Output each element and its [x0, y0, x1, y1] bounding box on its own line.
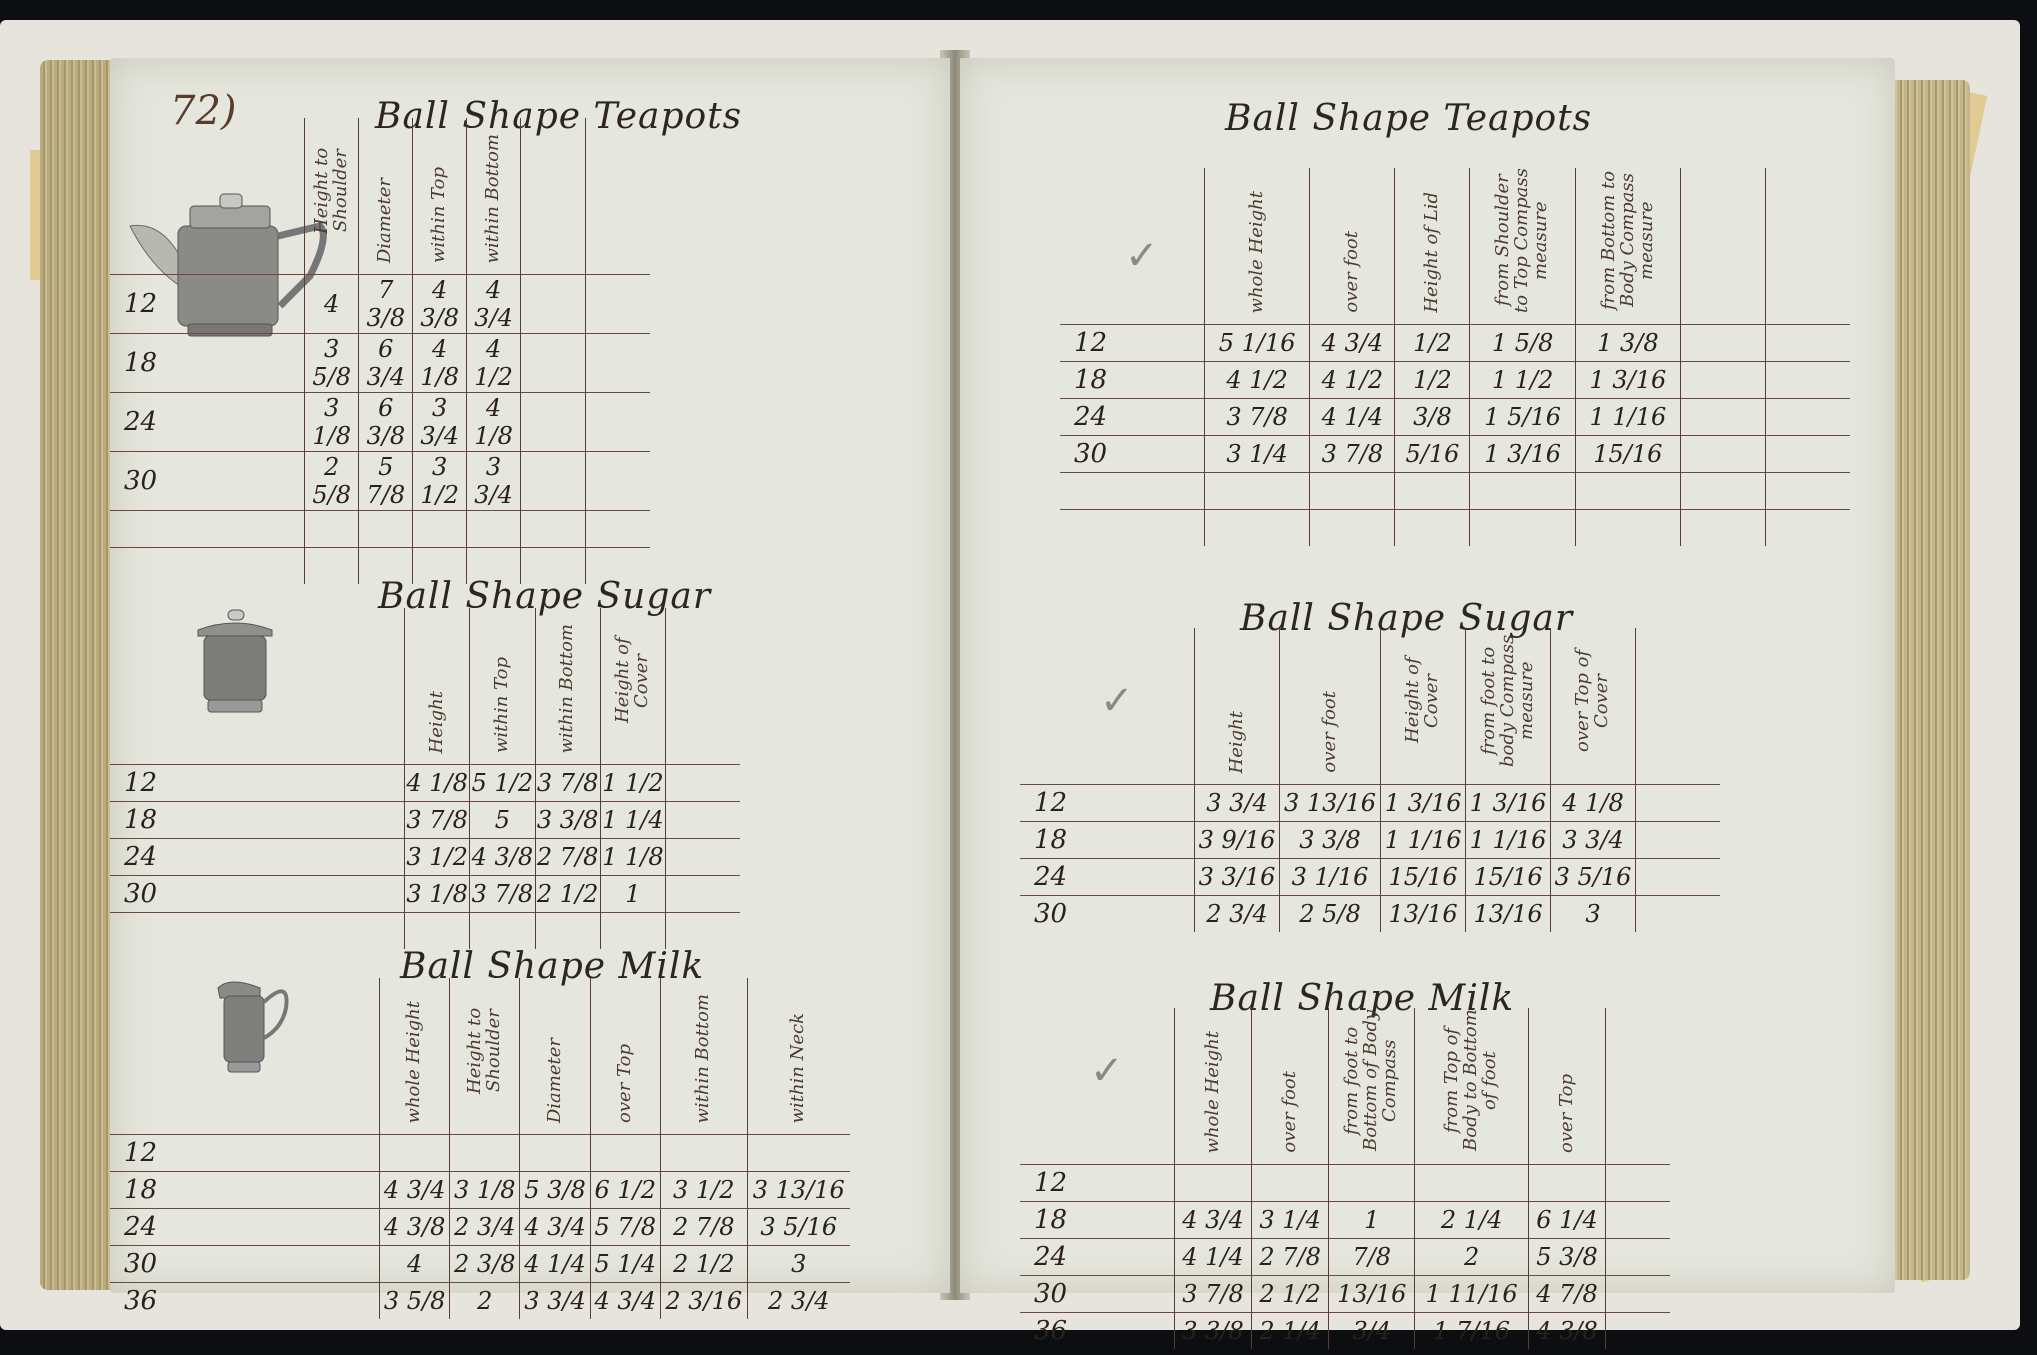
section-title: Ball Shape Teapots	[1225, 98, 1592, 139]
value-cell: 4 3/8	[380, 1209, 450, 1246]
table-row: 12 5 1/16 4 3/4 1/2 1 5/8 1 3/8	[1060, 325, 1850, 362]
size-cell: 30	[1020, 1276, 1175, 1313]
value-cell: 4 3/8	[1528, 1313, 1605, 1350]
left-teapots-section: Ball Shape Teapots Height to Shoulder Di…	[110, 58, 950, 558]
value-cell	[586, 275, 651, 334]
column-header: over foot	[1252, 1008, 1329, 1165]
table-row: 18 4 3/4 3 1/4 1 2 1/4 6 1/4	[1020, 1202, 1670, 1239]
value-cell: 3 3/8	[535, 802, 600, 839]
size-cell: 30	[1020, 896, 1195, 933]
value-cell	[1681, 362, 1766, 399]
table-row: 12 4 1/8 5 1/2 3 7/8 1 1/2	[110, 765, 740, 802]
value-cell: 13/16	[1329, 1276, 1415, 1313]
value-cell	[1636, 785, 1721, 822]
value-cell: 3 1/8	[405, 876, 470, 913]
right-teapots-section: Ball Shape Teapots ✓ whole Height over f…	[960, 58, 1895, 578]
value-cell: 4 3/4	[380, 1172, 450, 1209]
value-cell: 4	[305, 275, 359, 334]
value-cell: 4 1/8	[1551, 785, 1636, 822]
blank-row	[1060, 510, 1850, 547]
value-cell	[1636, 859, 1721, 896]
size-cell: 30	[110, 1246, 380, 1283]
value-cell: 1	[1329, 1202, 1415, 1239]
value-cell	[1681, 399, 1766, 436]
value-cell: 4 1/4	[520, 1246, 590, 1283]
value-cell	[1415, 1165, 1529, 1202]
value-cell: 4 7/8	[1528, 1276, 1605, 1313]
table-row: 12	[110, 1135, 850, 1172]
size-cell: 24	[110, 839, 405, 876]
value-cell: 1 1/16	[1575, 399, 1680, 436]
value-cell	[1175, 1165, 1252, 1202]
value-cell	[521, 334, 586, 393]
value-cell	[521, 393, 586, 452]
size-column-header	[1020, 1008, 1175, 1165]
column-header: over Top of Cover	[1551, 628, 1636, 785]
value-cell: 2 3/4	[450, 1209, 520, 1246]
column-header: within Top	[413, 118, 467, 275]
size-cell: 12	[1020, 1165, 1175, 1202]
value-cell: 1 11/16	[1415, 1276, 1529, 1313]
value-cell: 7/8	[1329, 1239, 1415, 1276]
page-edges-right	[1890, 80, 1970, 1280]
value-cell: 5 7/8	[359, 452, 413, 511]
column-header: from foot to body Compass measure	[1466, 628, 1551, 785]
value-cell: 2 5/8	[1279, 896, 1380, 933]
column-header: Height to Shoulder	[450, 978, 520, 1135]
column-header: Diameter	[359, 118, 413, 275]
blank-row	[1060, 473, 1850, 510]
value-cell: 2 1/4	[1415, 1202, 1529, 1239]
table-row: 24 4 1/4 2 7/8 7/8 2 5 3/8	[1020, 1239, 1670, 1276]
value-cell: 3	[747, 1246, 850, 1283]
size-column-header	[110, 608, 405, 765]
value-cell: 3 5/8	[305, 334, 359, 393]
value-cell: 3 1/16	[1279, 859, 1380, 896]
value-cell: 5	[470, 802, 535, 839]
column-header	[1681, 168, 1766, 325]
value-cell: 7 3/8	[359, 275, 413, 334]
value-cell: 3 1/4	[1205, 436, 1310, 473]
value-cell: 1 1/8	[600, 839, 665, 876]
value-cell: 4 1/2	[1205, 362, 1310, 399]
size-cell: 24	[1020, 1239, 1175, 1276]
column-header: over Top	[1528, 1008, 1605, 1165]
value-cell	[1606, 1202, 1671, 1239]
value-cell: 1 1/16	[1466, 822, 1551, 859]
size-column-header	[1060, 168, 1205, 325]
size-cell: 24	[110, 1209, 380, 1246]
table-row: 18 4 1/2 4 1/2 1/2 1 1/2 1 3/16	[1060, 362, 1850, 399]
value-cell: 2 3/8	[450, 1246, 520, 1283]
value-cell: 6 3/4	[359, 334, 413, 393]
value-cell: 3 3/4	[1195, 785, 1280, 822]
size-cell: 12	[110, 765, 405, 802]
value-cell: 15/16	[1575, 436, 1680, 473]
value-cell: 2 1/2	[1252, 1276, 1329, 1313]
column-header: within Neck	[747, 978, 850, 1135]
value-cell	[1606, 1239, 1671, 1276]
value-cell: 3 1/2	[660, 1172, 747, 1209]
size-cell: 30	[110, 876, 405, 913]
value-cell: 3 5/16	[747, 1209, 850, 1246]
value-cell: 15/16	[1466, 859, 1551, 896]
value-cell: 4 1/8	[413, 334, 467, 393]
value-cell: 15/16	[1381, 859, 1466, 896]
value-cell: 1 3/16	[1381, 785, 1466, 822]
value-cell: 3 7/8	[535, 765, 600, 802]
value-cell	[586, 393, 651, 452]
value-cell	[1606, 1165, 1671, 1202]
value-cell: 2	[450, 1283, 520, 1320]
value-cell: 4 3/4	[1175, 1202, 1252, 1239]
value-cell: 3/8	[1395, 399, 1470, 436]
size-cell: 18	[110, 334, 305, 393]
value-cell: 3/4	[1329, 1313, 1415, 1350]
column-header: within Top	[470, 608, 535, 765]
size-column-header	[110, 118, 305, 275]
size-cell: 12	[110, 1135, 380, 1172]
value-cell: 4 1/2	[467, 334, 521, 393]
size-cell: 18	[1020, 1202, 1175, 1239]
value-cell: 3 3/8	[1175, 1313, 1252, 1350]
value-cell: 3 1/2	[413, 452, 467, 511]
page-edges-left	[40, 60, 115, 1290]
size-cell: 36	[1020, 1313, 1175, 1350]
value-cell: 3 7/8	[1310, 436, 1395, 473]
value-cell	[1766, 436, 1851, 473]
column-header: Height of Lid	[1395, 168, 1470, 325]
size-cell: 18	[110, 1172, 380, 1209]
left-milk-table: whole Height Height to Shoulder Diameter…	[110, 978, 850, 1319]
value-cell	[1766, 362, 1851, 399]
value-cell	[1681, 325, 1766, 362]
value-cell	[1636, 822, 1721, 859]
value-cell: 3 3/4	[520, 1283, 590, 1320]
column-header	[1766, 168, 1851, 325]
value-cell: 2 7/8	[1252, 1239, 1329, 1276]
column-header: Height of Cover	[600, 608, 665, 765]
value-cell: 3 3/4	[467, 452, 521, 511]
column-header: over Top	[590, 978, 660, 1135]
value-cell: 1	[600, 876, 665, 913]
table-row: 24 3 3/16 3 1/16 15/16 15/16 3 5/16	[1020, 859, 1720, 896]
value-cell: 1 1/4	[600, 802, 665, 839]
value-cell: 1 3/8	[1575, 325, 1680, 362]
value-cell	[1766, 325, 1851, 362]
value-cell: 1 3/16	[1575, 362, 1680, 399]
value-cell: 2 3/4	[1195, 896, 1280, 933]
value-cell: 2 3/4	[747, 1283, 850, 1320]
size-column-header	[110, 978, 380, 1135]
value-cell: 1 7/16	[1415, 1313, 1529, 1350]
value-cell	[666, 876, 741, 913]
column-header: from Bottom to Body Compass measure	[1575, 168, 1680, 325]
value-cell: 6 1/2	[590, 1172, 660, 1209]
table-row: 24 3 7/8 4 1/4 3/8 1 5/16 1 1/16	[1060, 399, 1850, 436]
value-cell	[521, 275, 586, 334]
value-cell: 13/16	[1381, 896, 1466, 933]
value-cell: 4 1/8	[405, 765, 470, 802]
value-cell: 4 1/8	[467, 393, 521, 452]
table-row: 36 3 5/8 2 3 3/4 4 3/4 2 3/16 2 3/4	[110, 1283, 850, 1320]
value-cell: 5 1/2	[470, 765, 535, 802]
value-cell: 4 1/4	[1310, 399, 1395, 436]
left-teapots-table: Height to Shoulder Diameter within Top w…	[110, 118, 650, 584]
value-cell: 2 7/8	[660, 1209, 747, 1246]
left-page: 72) Ball Shape Teapots Height to Shoulde…	[110, 58, 950, 1293]
table-row: 18 3 5/8 6 3/4 4 1/8 4 1/2	[110, 334, 650, 393]
value-cell: 2 3/16	[660, 1283, 747, 1320]
value-cell: 2 1/2	[535, 876, 600, 913]
value-cell: 4 3/4	[467, 275, 521, 334]
size-cell: 30	[110, 452, 305, 511]
value-cell: 3 3/4	[1551, 822, 1636, 859]
value-cell	[1681, 436, 1766, 473]
value-cell	[1766, 399, 1851, 436]
value-cell: 3 7/8	[405, 802, 470, 839]
column-header: Height to Shoulder	[305, 118, 359, 275]
size-cell: 18	[1020, 822, 1195, 859]
size-column-header	[1020, 628, 1195, 785]
value-cell	[521, 452, 586, 511]
value-cell: 3 1/8	[450, 1172, 520, 1209]
value-cell: 13/16	[1466, 896, 1551, 933]
value-cell	[450, 1135, 520, 1172]
column-header: over foot	[1310, 168, 1395, 325]
value-cell: 3 5/8	[380, 1283, 450, 1320]
value-cell: 5/16	[1395, 436, 1470, 473]
table-row: 30 3 1/8 3 7/8 2 1/2 1	[110, 876, 740, 913]
table-row: 18 3 7/8 5 3 3/8 1 1/4	[110, 802, 740, 839]
value-cell: 3 7/8	[1205, 399, 1310, 436]
table-row: 12 4 7 3/8 4 3/8 4 3/4	[110, 275, 650, 334]
value-cell	[380, 1135, 450, 1172]
value-cell	[1252, 1165, 1329, 1202]
value-cell: 4 3/4	[520, 1209, 590, 1246]
value-cell: 1 1/16	[1381, 822, 1466, 859]
table-row: 24 3 1/8 6 3/8 3 3/4 4 1/8	[110, 393, 650, 452]
value-cell: 3 5/16	[1551, 859, 1636, 896]
value-cell: 1 5/16	[1470, 399, 1575, 436]
value-cell: 3 7/8	[470, 876, 535, 913]
right-sugar-section: Ball Shape Sugar ✓ Height over foot Heig…	[960, 588, 1895, 988]
size-cell: 18	[110, 802, 405, 839]
table-row: 12 3 3/4 3 13/16 1 3/16 1 3/16 4 1/8	[1020, 785, 1720, 822]
size-cell: 36	[110, 1283, 380, 1320]
size-cell: 18	[1060, 362, 1205, 399]
value-cell: 3 1/2	[405, 839, 470, 876]
value-cell	[586, 452, 651, 511]
column-header: whole Height	[1205, 168, 1310, 325]
value-cell: 1/2	[1395, 362, 1470, 399]
value-cell	[666, 802, 741, 839]
column-header: Height	[1195, 628, 1280, 785]
value-cell	[520, 1135, 590, 1172]
value-cell: 3 3/4	[413, 393, 467, 452]
size-cell: 12	[1060, 325, 1205, 362]
table-row: 30 2 5/8 5 7/8 3 1/2 3 3/4	[110, 452, 650, 511]
column-header: over foot	[1279, 628, 1380, 785]
value-cell	[1636, 896, 1721, 933]
value-cell: 4 1/4	[1175, 1239, 1252, 1276]
value-cell: 4 3/4	[590, 1283, 660, 1320]
right-milk-section: Ball Shape Milk ✓ whole Height over foot…	[960, 958, 1895, 1298]
table-row: 12	[1020, 1165, 1670, 1202]
value-cell: 1 1/2	[1470, 362, 1575, 399]
right-sugar-table: Height over foot Height of Cover from fo…	[1020, 628, 1720, 932]
column-header	[666, 608, 741, 765]
value-cell: 3 13/16	[747, 1172, 850, 1209]
table-row: 24 4 3/8 2 3/4 4 3/4 5 7/8 2 7/8 3 5/16	[110, 1209, 850, 1246]
table-row: 18 3 9/16 3 3/8 1 1/16 1 1/16 3 3/4	[1020, 822, 1720, 859]
value-cell	[660, 1135, 747, 1172]
value-cell: 3	[1551, 896, 1636, 933]
table-row: 30 2 3/4 2 5/8 13/16 13/16 3	[1020, 896, 1720, 933]
table-row: 18 4 3/4 3 1/8 5 3/8 6 1/2 3 1/2 3 13/16	[110, 1172, 850, 1209]
value-cell: 2	[1415, 1239, 1529, 1276]
left-sugar-section: Ball Shape Sugar Height within Top withi…	[110, 568, 950, 988]
value-cell: 4 3/8	[470, 839, 535, 876]
column-header: from Top of Body to Bottom of foot	[1415, 1008, 1529, 1165]
value-cell: 2 5/8	[305, 452, 359, 511]
value-cell: 2 7/8	[535, 839, 600, 876]
value-cell: 4 3/8	[413, 275, 467, 334]
value-cell: 5 1/4	[590, 1246, 660, 1283]
column-header: Height	[405, 608, 470, 765]
size-cell: 30	[1060, 436, 1205, 473]
value-cell	[586, 334, 651, 393]
table-row: 30 3 7/8 2 1/2 13/16 1 11/16 4 7/8	[1020, 1276, 1670, 1313]
value-cell: 3 13/16	[1279, 785, 1380, 822]
value-cell: 2 1/4	[1252, 1313, 1329, 1350]
right-teapots-table: whole Height over foot Height of Lid fro…	[1060, 168, 1850, 546]
value-cell: 3 9/16	[1195, 822, 1280, 859]
column-header: from foot to Bottom of Body Compass	[1329, 1008, 1415, 1165]
value-cell	[747, 1135, 850, 1172]
value-cell: 1 3/16	[1470, 436, 1575, 473]
blank-row	[110, 511, 650, 548]
column-header: within Bottom	[535, 608, 600, 765]
value-cell: 5 3/8	[520, 1172, 590, 1209]
table-row: 30 4 2 3/8 4 1/4 5 1/4 2 1/2 3	[110, 1246, 850, 1283]
size-cell: 12	[1020, 785, 1195, 822]
value-cell	[590, 1135, 660, 1172]
column-header: whole Height	[1175, 1008, 1252, 1165]
column-header: from Shoulder to Top Compass measure	[1470, 168, 1575, 325]
value-cell: 4 1/2	[1310, 362, 1395, 399]
table-row: 24 3 1/2 4 3/8 2 7/8 1 1/8	[110, 839, 740, 876]
value-cell	[1606, 1276, 1671, 1313]
size-cell: 24	[1060, 399, 1205, 436]
column-header	[586, 118, 651, 275]
value-cell: 5 3/8	[1528, 1239, 1605, 1276]
value-cell: 1 3/16	[1466, 785, 1551, 822]
column-header: Height of Cover	[1381, 628, 1466, 785]
left-sugar-table: Height within Top within Bottom Height o…	[110, 608, 740, 949]
value-cell: 3 1/4	[1252, 1202, 1329, 1239]
value-cell: 3 1/8	[305, 393, 359, 452]
size-cell: 24	[110, 393, 305, 452]
value-cell: 3 7/8	[1175, 1276, 1252, 1313]
column-header: within Bottom	[660, 978, 747, 1135]
left-milk-section: Ball Shape Milk whole Height Height to S…	[110, 938, 950, 1298]
value-cell	[1606, 1313, 1671, 1350]
column-header	[521, 118, 586, 275]
value-cell	[666, 765, 741, 802]
right-milk-table: whole Height over foot from foot to Bott…	[1020, 1008, 1670, 1349]
table-row: 30 3 1/4 3 7/8 5/16 1 3/16 15/16	[1060, 436, 1850, 473]
column-header	[1606, 1008, 1671, 1165]
value-cell	[666, 839, 741, 876]
value-cell: 1 5/8	[1470, 325, 1575, 362]
value-cell: 5 7/8	[590, 1209, 660, 1246]
size-cell: 24	[1020, 859, 1195, 896]
right-page: Ball Shape Teapots ✓ whole Height over f…	[960, 58, 1895, 1293]
value-cell: 4	[380, 1246, 450, 1283]
column-header: Diameter	[520, 978, 590, 1135]
value-cell: 3 3/16	[1195, 859, 1280, 896]
value-cell: 1/2	[1395, 325, 1470, 362]
value-cell	[1528, 1165, 1605, 1202]
column-header: within Bottom	[467, 118, 521, 275]
size-cell: 12	[110, 275, 305, 334]
table-row: 36 3 3/8 2 1/4 3/4 1 7/16 4 3/8	[1020, 1313, 1670, 1350]
value-cell: 3 3/8	[1279, 822, 1380, 859]
value-cell	[1329, 1165, 1415, 1202]
value-cell: 6 3/8	[359, 393, 413, 452]
value-cell: 6 1/4	[1528, 1202, 1605, 1239]
value-cell: 5 1/16	[1205, 325, 1310, 362]
value-cell: 1 1/2	[600, 765, 665, 802]
column-header: whole Height	[380, 978, 450, 1135]
value-cell: 4 3/4	[1310, 325, 1395, 362]
value-cell: 2 1/2	[660, 1246, 747, 1283]
column-header	[1636, 628, 1721, 785]
